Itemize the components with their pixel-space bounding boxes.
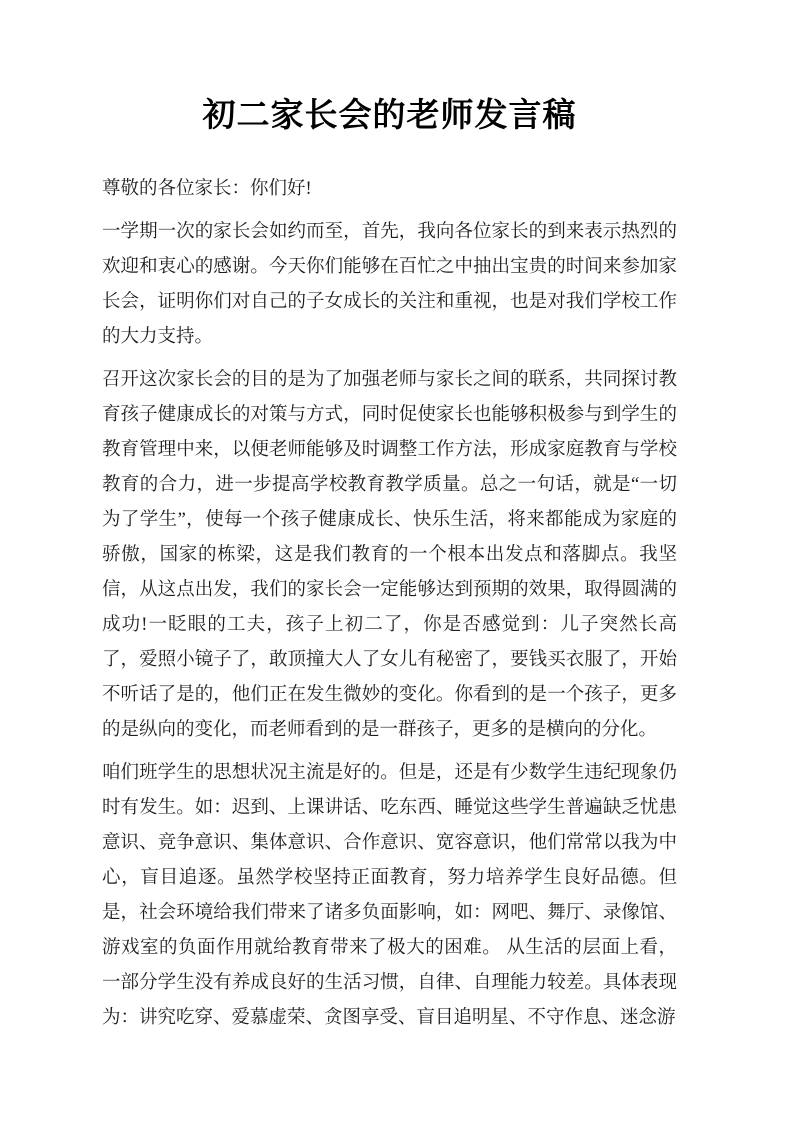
document-page: 初二家长会的老师发言稿 尊敬的各位家长：你们好! 一学期一次的家长会如约而至，首… (0, 0, 793, 1122)
paragraph-2: 召开这次家长会的目的是为了加强老师与家长之间的联系，共同探讨教育孩子健康成长的对… (102, 363, 677, 748)
greeting-line: 尊敬的各位家长：你们好! (102, 172, 677, 207)
paragraph-1: 一学期一次的家长会如约而至，首先，我向各位家长的到来表示热烈的欢迎和衷心的感谢。… (102, 215, 677, 355)
page-title: 初二家长会的老师发言稿 (102, 94, 677, 138)
paragraph-3: 咱们班学生的思想状况主流是好的。但是，还是有少数学生违纪现象仍时有发生。如：迟到… (102, 756, 677, 1036)
